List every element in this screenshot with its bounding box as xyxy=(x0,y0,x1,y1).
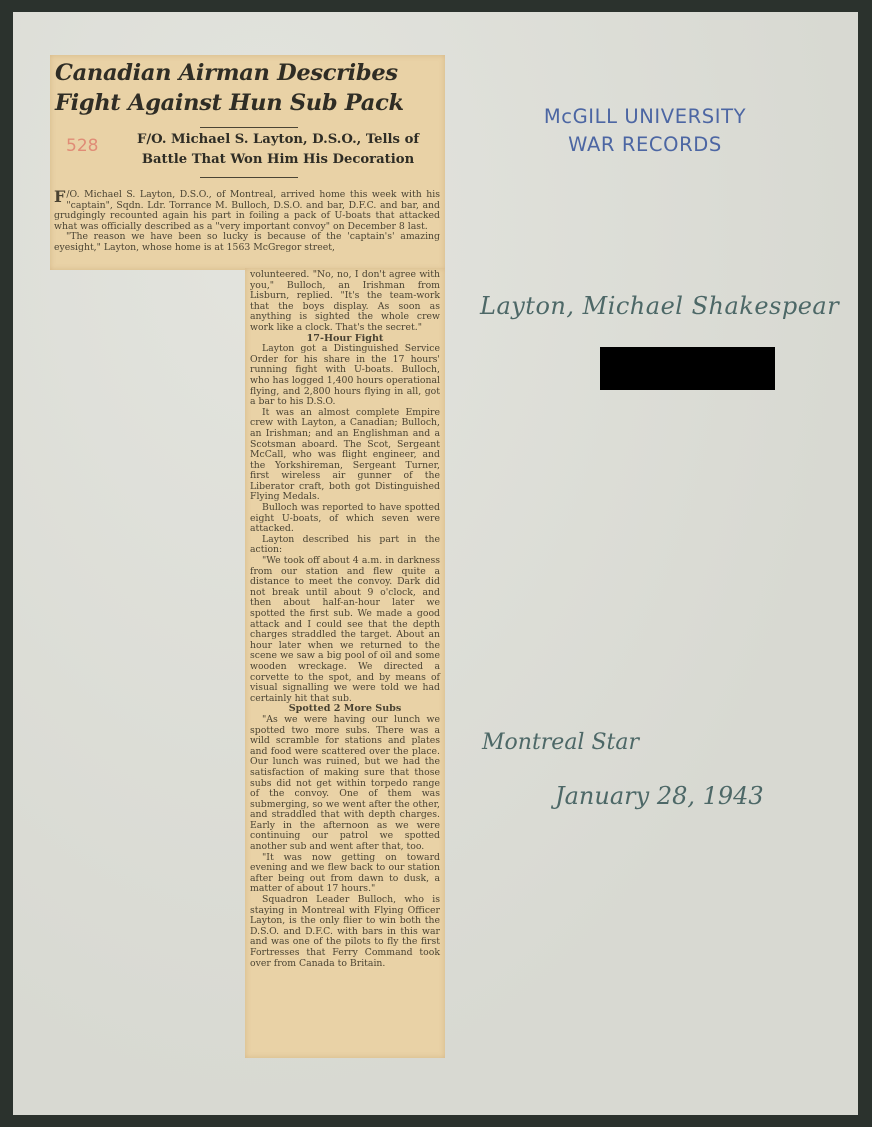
drop-cap: F xyxy=(54,190,65,204)
column-paragraph: It was an almost complete Empire crew wi… xyxy=(250,408,440,503)
column-paragraph: "As we were having our lunch we spotted … xyxy=(250,715,440,853)
handwritten-source: Montreal Star xyxy=(482,730,639,755)
column-paragraph: "It was now getting on toward evening an… xyxy=(250,853,440,895)
column-paragraph: volunteered. "No, no, I don't agree with… xyxy=(250,270,440,334)
margin-mark: 528 xyxy=(66,136,98,156)
article-lead: F/O. Michael S. Layton, D.S.O., of Montr… xyxy=(54,190,440,254)
handwritten-date: January 28, 1943 xyxy=(555,782,764,810)
article-deck: F/O. Michael S. Layton, D.S.O., Tells of… xyxy=(118,130,438,170)
headline-line-2: Fight Against Hun Sub Pack xyxy=(55,88,440,118)
headline-line-1: Canadian Airman Describes xyxy=(55,58,440,88)
column-paragraph: Squadron Leader Bulloch, who is staying … xyxy=(250,895,440,969)
war-records-stamp: McGILL UNIVERSITY WAR RECORDS xyxy=(500,103,790,159)
deck-rule xyxy=(200,177,298,178)
headline-rule xyxy=(200,127,298,128)
stamp-line-2: WAR RECORDS xyxy=(500,131,790,159)
article-headline: Canadian Airman Describes Fight Against … xyxy=(55,58,440,118)
lead-paragraph-2: "The reason we have been so lucky is bec… xyxy=(54,232,440,253)
article-column: volunteered. "No, no, I don't agree with… xyxy=(250,270,440,969)
handwritten-name: Layton, Michael Shakespear xyxy=(480,292,839,320)
column-paragraph: Layton described his part in the action: xyxy=(250,535,440,556)
lead-paragraph-1: F/O. Michael S. Layton, D.S.O., of Montr… xyxy=(54,190,440,232)
redaction-box xyxy=(600,347,775,390)
column-paragraph: Bulloch was reported to have spotted eig… xyxy=(250,503,440,535)
column-paragraph: Layton got a Distinguished Service Order… xyxy=(250,344,440,408)
stamp-line-1: McGILL UNIVERSITY xyxy=(500,103,790,131)
column-paragraph: "We took off about 4 a.m. in darkness fr… xyxy=(250,556,440,704)
